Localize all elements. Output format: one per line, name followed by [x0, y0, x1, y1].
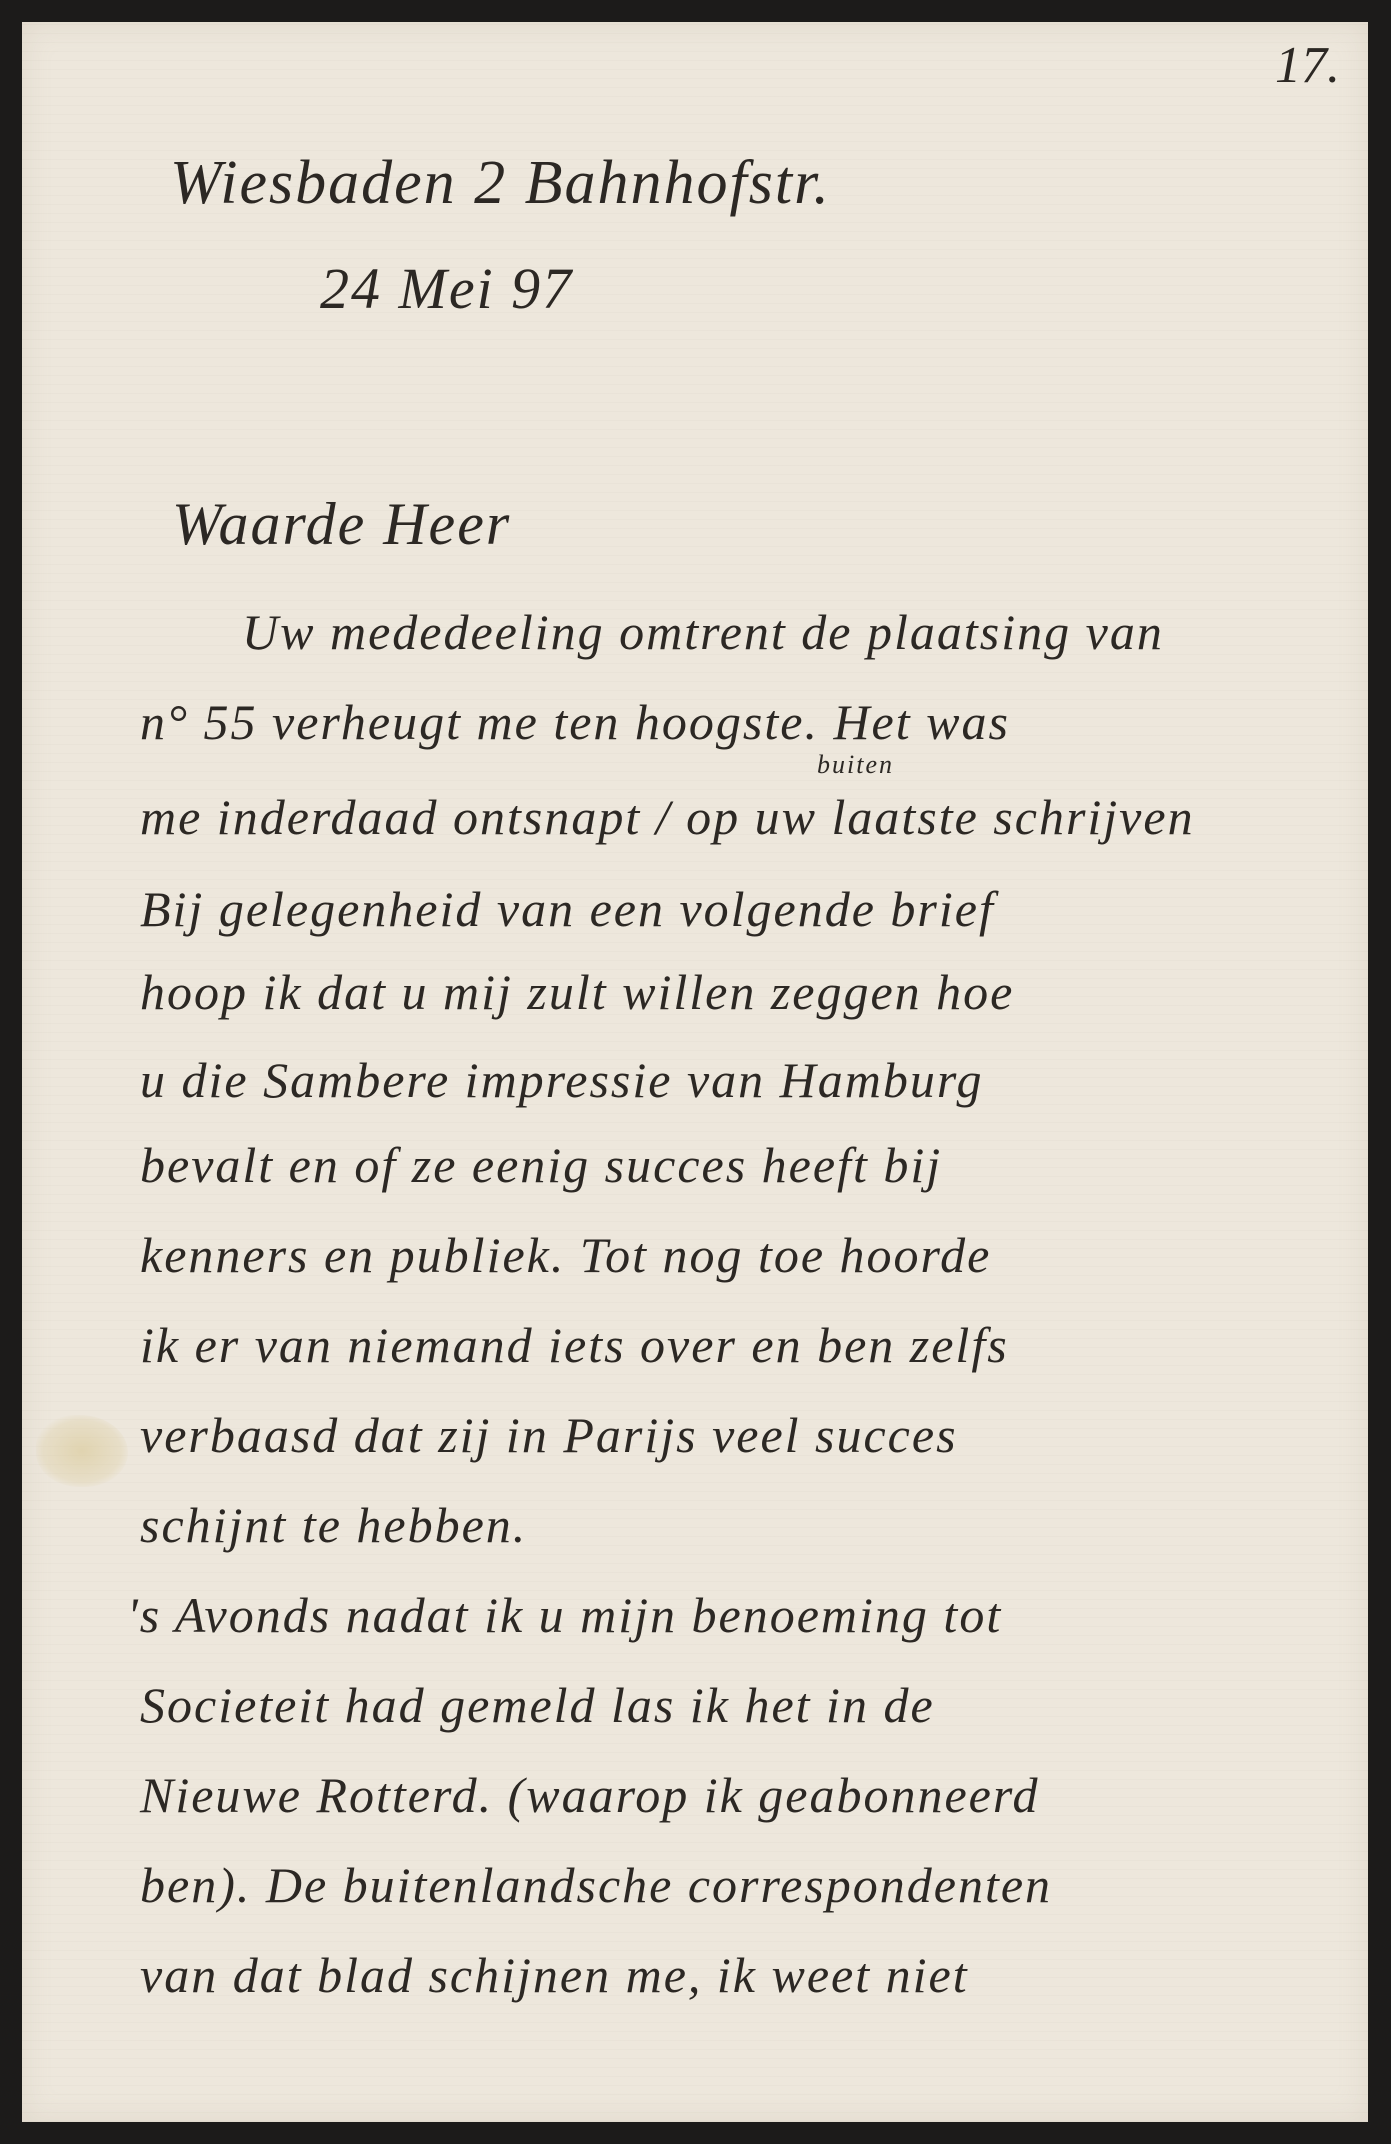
body-line: verbaasd dat zij in Parijs veel succes: [140, 1410, 958, 1460]
letter-date: 24 Mei 97: [320, 260, 573, 318]
body-line: me inderdaad ontsnapt / op uw laatste sc…: [140, 792, 1195, 842]
body-line: Nieuwe Rotterd. (waarop ik geabonneerd: [140, 1770, 1039, 1820]
body-line: u die Sambere impressie van Hamburg: [140, 1055, 984, 1105]
body-line: ben). De buitenlandsche correspondenten: [140, 1860, 1052, 1910]
body-line: Bij gelegenheid van een volgende brief: [140, 884, 995, 934]
body-line: bevalt en of ze eenig succes heeft bij: [140, 1140, 942, 1190]
body-line: hoop ik dat u mij zult willen zeggen hoe: [140, 967, 1014, 1017]
body-line: 's Avonds nadat ik u mijn benoeming tot: [127, 1590, 1002, 1640]
body-line: van dat blad schijnen me, ik weet niet: [140, 1950, 969, 2000]
body-line: Uw mededeeling omtrent de plaatsing van: [242, 607, 1164, 657]
body-line: Societeit had gemeld las ik het in de: [140, 1680, 935, 1730]
interlinear-insertion: buiten: [817, 752, 894, 778]
page-number: 17.: [1275, 40, 1340, 92]
body-line: ik er van niemand iets over en ben zelfs: [140, 1320, 1009, 1370]
body-line: n° 55 verheugt me ten hoogste. Het was: [140, 697, 1010, 747]
salutation: Waarde Heer: [172, 494, 511, 554]
paper-stain: [36, 1415, 128, 1487]
letter-page: 17. Wiesbaden 2 Bahnhofstr. 24 Mei 97 Wa…: [22, 22, 1368, 2122]
letter-address: Wiesbaden 2 Bahnhofstr.: [170, 152, 831, 214]
body-line: schijnt te hebben.: [140, 1500, 527, 1550]
body-line: kenners en publiek. Tot nog toe hoorde: [140, 1230, 991, 1280]
